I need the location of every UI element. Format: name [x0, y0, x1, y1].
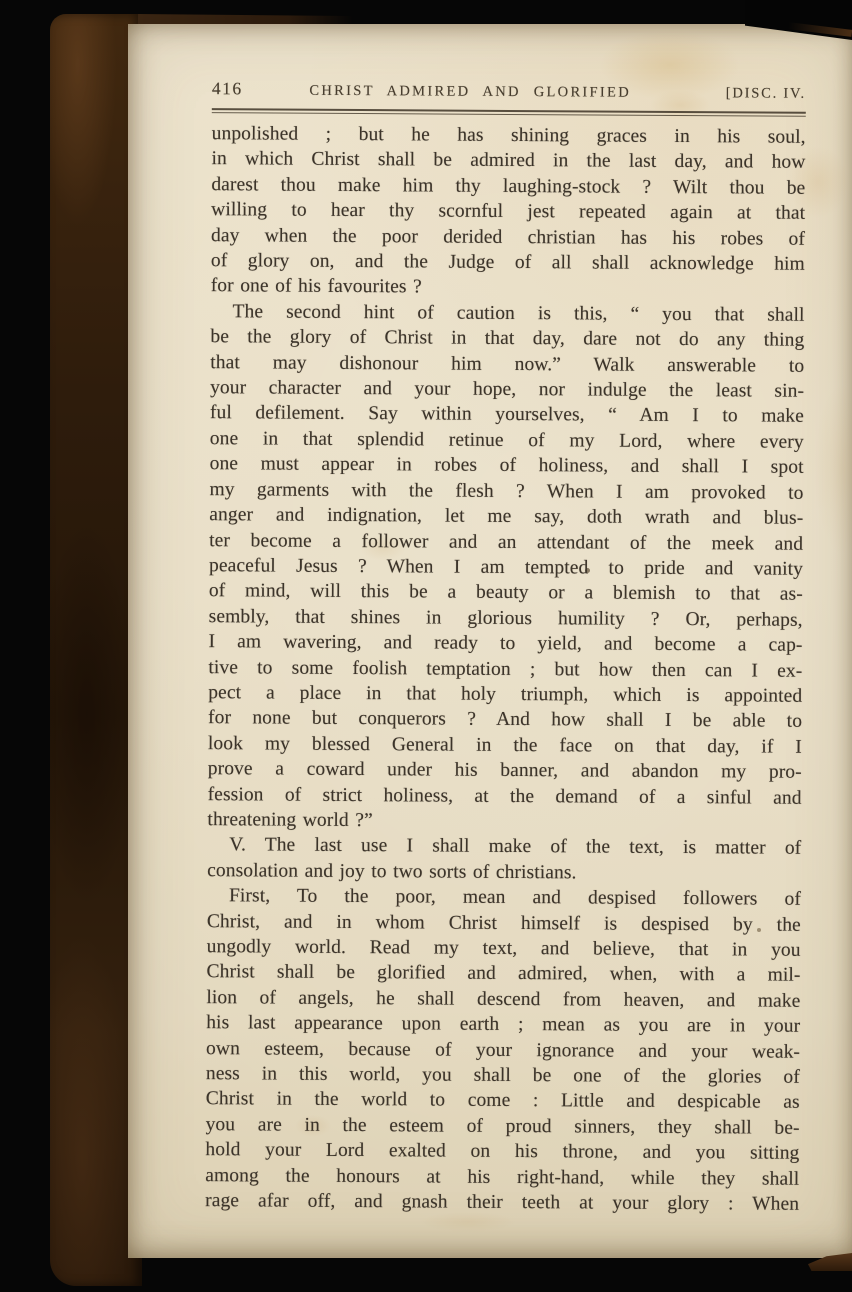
paragraph: First, To the poor, mean and despised fo…: [205, 883, 801, 1217]
text-line: Christ in the world to come : Little and…: [206, 1087, 800, 1116]
text-line: in which Christ shall be admired in the …: [211, 147, 805, 176]
page-header: 416 CHRIST ADMIRED AND GLORIFIED [DISC. …: [212, 78, 806, 103]
text-line: among the honours at his right-hand, whi…: [205, 1163, 799, 1192]
text-line: prove a coward under his banner, and aba…: [208, 756, 802, 785]
text-line: day when the poor derided christian has …: [211, 223, 805, 252]
page-number: 416: [212, 78, 243, 99]
section-label: [DISC. IV.: [726, 85, 806, 102]
text-line: I am wavering, and ready to yield, and b…: [208, 629, 802, 658]
text-line: your character and your hope, nor indulg…: [210, 375, 804, 404]
text-line: tive to some foolish temptation ; but ho…: [208, 655, 802, 684]
text-line: hold your Lord exalted on his throne, an…: [205, 1137, 799, 1166]
text-line: The second hint of caution is this, “ yo…: [210, 299, 804, 328]
paragraph: V. The last use I shall make of the text…: [207, 833, 801, 887]
text-line: rage afar off, and gnash their teeth at …: [205, 1188, 799, 1217]
text-line: you are in the esteem of proud sinners, …: [206, 1112, 800, 1141]
text-line: of mind, will this be a beauty or a blem…: [209, 578, 803, 607]
text-line: Christ, and in whom Christ himself is de…: [207, 909, 801, 938]
text-block: unpolished ; but he has shining graces i…: [205, 121, 806, 1217]
book-photo: 416 CHRIST ADMIRED AND GLORIFIED [DISC. …: [0, 0, 852, 1292]
text-line: one in that splendid retinue of my Lord,…: [210, 426, 804, 455]
text-line: First, To the poor, mean and despised fo…: [207, 883, 801, 912]
paragraph: unpolished ; but he has shining graces i…: [211, 121, 806, 302]
text-line: own esteem, because of your ignorance an…: [206, 1036, 800, 1065]
text-line: be the glory of Christ in that day, dare…: [210, 324, 804, 353]
text-line: peaceful Jesus ? When I am tempted to pr…: [209, 553, 803, 582]
text-line: that may dishonour him now.” Walk answer…: [210, 350, 804, 379]
text-line: consolation and joy to two sorts of chri…: [207, 858, 801, 887]
text-line: ter become a follower and an attendant o…: [209, 528, 803, 557]
running-title: CHRIST ADMIRED AND GLORIFIED: [309, 83, 631, 102]
text-line: anger and indignation, let me say, doth …: [209, 502, 803, 531]
text-line: threatening world ?”: [207, 807, 801, 836]
header-double-rule: [212, 108, 806, 117]
text-line: his last appearance upon earth ; mean as…: [206, 1010, 800, 1039]
text-line: my garments with the flesh ? When I am p…: [209, 477, 803, 506]
text-line: darest thou make him thy laughing-stock …: [211, 172, 805, 201]
text-line: look my blessed General in the face on t…: [208, 731, 802, 760]
text-line: ful defilement. Say within yourselves, “…: [210, 401, 804, 430]
paragraph: The second hint of caution is this, “ yo…: [207, 299, 804, 836]
text-line: ness in this world, you shall be one of …: [206, 1061, 800, 1090]
text-line: ungodly world. Read my text, and believe…: [207, 934, 801, 963]
text-line: V. The last use I shall make of the text…: [207, 833, 801, 862]
book-page: 416 CHRIST ADMIRED AND GLORIFIED [DISC. …: [128, 24, 852, 1258]
text-line: fession of strict holiness, at the deman…: [208, 782, 802, 811]
text-line: of glory on, and the Judge of all shall …: [211, 248, 805, 277]
text-line: lion of angels, he shall descend from he…: [206, 985, 800, 1014]
text-line: for one of his favourites ?: [211, 274, 805, 303]
text-line: unpolished ; but he has shining graces i…: [212, 121, 806, 150]
text-line: sembly, that shines in glorious humility…: [209, 604, 803, 633]
text-line: pect a place in that holy triumph, which…: [208, 680, 802, 709]
text-line: willing to hear thy scornful jest repeat…: [211, 197, 805, 226]
text-line: Christ shall be glorified and admired, w…: [206, 960, 800, 989]
page-content: 416 CHRIST ADMIRED AND GLORIFIED [DISC. …: [121, 78, 852, 1218]
text-line: one must appear in robes of holiness, an…: [210, 451, 804, 480]
text-line: for none but conquerors ? And how shall …: [208, 705, 802, 734]
